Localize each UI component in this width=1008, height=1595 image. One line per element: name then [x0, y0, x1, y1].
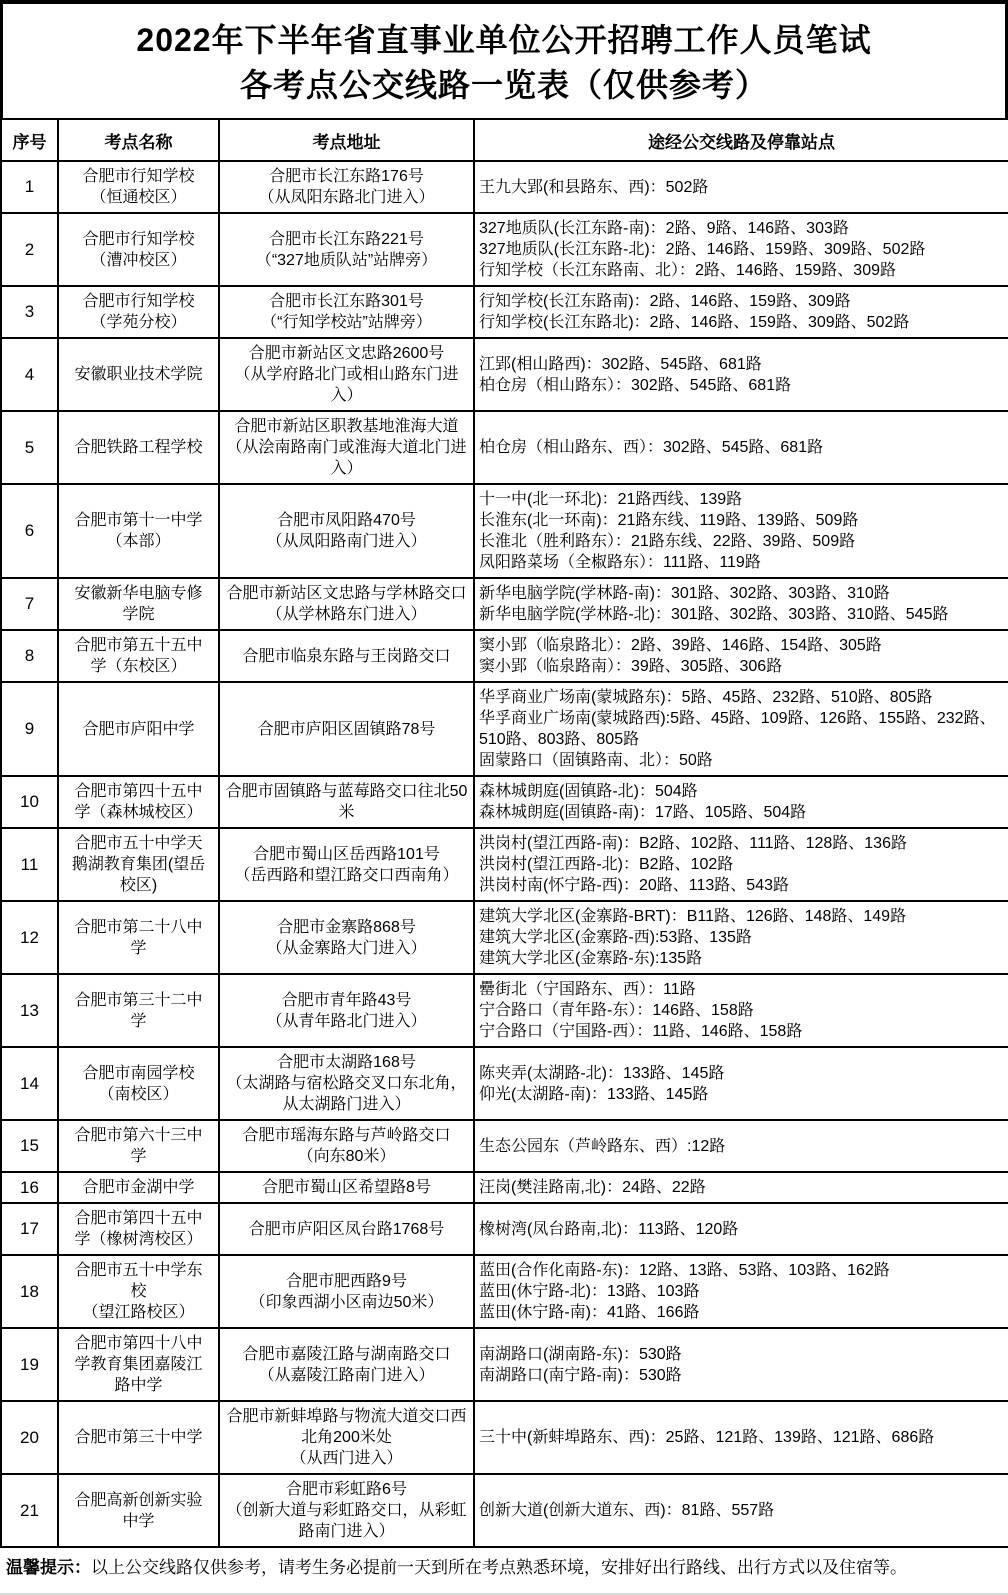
route-line: 罍街北（宁国路东、西）：11路 [479, 979, 1006, 1000]
table-row: 7安徽新华电脑专修 学院合肥市新站区文忠路与学林路交口 （从学林路东门进入）新华… [1, 578, 1008, 630]
table-row: 10合肥市第四十五中 学（森林城校区）合肥市固镇路与蓝莓路交口往北50 米森林城… [1, 776, 1008, 828]
table-row: 13合肥市第三十二中 学合肥市青年路43号 （从青年路北门进入）罍街北（宁国路东… [1, 974, 1008, 1047]
footer-note: 温馨提示：以上公交线路仅供参考，请考生务必提前一天到所在考点熟悉环境，安排好出行… [0, 1548, 1008, 1585]
site-address-cell: 合肥市蜀山区岳西路101号 （岳西路和望江路交口西南角） [219, 828, 474, 901]
bus-routes-cell: 新华电脑学院(学林路-南)：301路、302路、303路、310路新华电脑学院(… [474, 578, 1008, 630]
route-line: 蓝田(合作化南路-东)：12路、13路、53路、103路、162路 [479, 1260, 1006, 1281]
bus-routes-cell: 江郢(相山路西)：302路、545路、681路柏仓房（相山路东）：302路、54… [474, 338, 1008, 411]
bus-routes-cell: 洪岗村(望江西路-南)：B2路、102路、111路、128路、136路洪岗村(望… [474, 828, 1008, 901]
site-address-cell: 合肥市庐阳区凤台路1768号 [219, 1203, 474, 1255]
route-line: 凤阳路菜场（全椒路东）：111路、119路 [479, 552, 1006, 573]
row-number-cell: 5 [1, 411, 58, 484]
route-line: 蓝田(休宁路-北)：13路、103路 [479, 1281, 1006, 1302]
site-address-cell: 合肥市肥西路9号 （印象西湖小区南边50米） [219, 1255, 474, 1328]
site-name-cell: 合肥市第四十五中 学（橡树湾校区） [58, 1203, 219, 1255]
table-row: 18合肥市五十中学东 校 （望江路校区）合肥市肥西路9号 （印象西湖小区南边50… [1, 1255, 1008, 1328]
bus-routes-cell: 南湖路口(湖南路-东)：530路南湖路口(南宁路-南)：530路 [474, 1328, 1008, 1401]
row-number-cell: 4 [1, 338, 58, 411]
table-row: 19合肥市第四十八中 学教育集团嘉陵江 路中学合肥市嘉陵江路与湖南路交口 （从嘉… [1, 1328, 1008, 1401]
bus-routes-cell: 三十中(新蚌埠路东、西)：25路、121路、139路、121路、686路 [474, 1401, 1008, 1474]
col-header-bus-routes: 途经公交线路及停靠站点 [474, 119, 1008, 161]
table-row: 5合肥铁路工程学校合肥市新站区职教基地淮海大道 （从浍南路南门或淮海大道北门进 … [1, 411, 1008, 484]
row-number-cell: 10 [1, 776, 58, 828]
footer-note-text: 以上公交线路仅供参考，请考生务必提前一天到所在考点熟悉环境，安排好出行路线、出行… [91, 1558, 907, 1577]
table-header: 序号 考点名称 考点地址 途经公交线路及停靠站点 [1, 119, 1008, 161]
route-line: 华孚商业广场南(蒙城路东)：5路、45路、232路、510路、805路 [479, 687, 1006, 708]
site-address-cell: 合肥市太湖路168号 （太湖路与宿松路交叉口东北角， 从太湖路门进入） [219, 1047, 474, 1120]
row-number-cell: 3 [1, 286, 58, 338]
route-line: 南湖路口(湖南路-东)：530路 [479, 1344, 1006, 1365]
route-line: 三十中(新蚌埠路东、西)：25路、121路、139路、121路、686路 [479, 1427, 1006, 1448]
site-address-cell: 合肥市长江东路221号 （“327地质队站”站牌旁） [219, 213, 474, 286]
notice-sheet: 2022年下半年省直事业单位公开招聘工作人员笔试 各考点公交线路一览表（仅供参考… [0, 0, 1008, 1595]
site-address-cell: 合肥市新站区文忠路2600号 （从学府路北门或相山路东门进 入） [219, 338, 474, 411]
table-row: 14合肥市南园学校 （南校区）合肥市太湖路168号 （太湖路与宿松路交叉口东北角… [1, 1047, 1008, 1120]
route-line: 华孚商业广场南(蒙城路西):5路、45路、109路、126路、155路、232路… [479, 708, 1006, 750]
bus-routes-cell: 窦小郢（临泉路北）：2路、39路、146路、154路、305路窦小郢（临泉路南）… [474, 630, 1008, 682]
bus-routes-cell: 生态公园东（芦岭路东、西）:12路 [474, 1120, 1008, 1172]
site-address-cell: 合肥市青年路43号 （从青年路北门进入） [219, 974, 474, 1047]
route-line: 宁合路口（青年路-东）：146路、158路 [479, 1000, 1006, 1021]
table-row: 3合肥市行知学校 （学苑分校）合肥市长江东路301号 （“行知学校站”站牌旁）行… [1, 286, 1008, 338]
site-address-cell: 合肥市彩虹路6号 （创新大道与彩虹路交口，从彩虹 路南门进入） [219, 1474, 474, 1547]
row-number-cell: 20 [1, 1401, 58, 1474]
bus-routes-cell: 十一中(北一环北)：21路西线、139路长淮东(北一环南)：21路东线、119路… [474, 484, 1008, 578]
col-header-site-address: 考点地址 [219, 119, 474, 161]
row-number-cell: 9 [1, 682, 58, 776]
row-number-cell: 11 [1, 828, 58, 901]
route-line: 南湖路口(南宁路-南)：530路 [479, 1365, 1006, 1386]
route-line: 洪岗村南(怀宁路-西)：20路、113路、543路 [479, 875, 1006, 896]
site-address-cell: 合肥市庐阳区固镇路78号 [219, 682, 474, 776]
bus-routes-cell: 陈夹弄(太湖路-北)：133路、145路仰光(太湖路-南)：133路、145路 [474, 1047, 1008, 1120]
row-number-cell: 15 [1, 1120, 58, 1172]
row-number-cell: 1 [1, 161, 58, 213]
bus-routes-cell: 罍街北（宁国路东、西）：11路宁合路口（青年路-东）：146路、158路宁合路口… [474, 974, 1008, 1047]
route-line: 行知学校(长江东路北)：2路、146路、159路、309路、502路 [479, 312, 1006, 333]
row-number-cell: 6 [1, 484, 58, 578]
route-line: 建筑大学北区(金寨路-西):53路、135路 [479, 927, 1006, 948]
bus-routes-cell: 蓝田(合作化南路-东)：12路、13路、53路、103路、162路蓝田(休宁路-… [474, 1255, 1008, 1328]
bus-routes-cell: 建筑大学北区(金寨路-BRT)：B11路、126路、148路、149路建筑大学北… [474, 901, 1008, 974]
route-line: 森林城朗庭(固镇路-南)：17路、105路、504路 [479, 802, 1006, 823]
row-number-cell: 18 [1, 1255, 58, 1328]
site-name-cell: 合肥市行知学校 （学苑分校） [58, 286, 219, 338]
table-row: 20合肥市第三十中学合肥市新蚌埠路与物流大道交口西 北角200米处 （从西门进入… [1, 1401, 1008, 1474]
route-line: 窦小郢（临泉路北）：2路、39路、146路、154路、305路 [479, 635, 1006, 656]
route-line: 创新大道(创新大道东、西)：81路、557路 [479, 1500, 1006, 1521]
route-line: 327地质队(长江东路-北)：2路、146路、159路、309路、502路 [479, 239, 1006, 260]
table-row: 17合肥市第四十五中 学（橡树湾校区）合肥市庐阳区凤台路1768号橡树湾(凤台路… [1, 1203, 1008, 1255]
site-name-cell: 合肥市第十一中学 （本部） [58, 484, 219, 578]
bus-routes-cell: 柏仓房（相山路东、西）：302路、545路、681路 [474, 411, 1008, 484]
table-row: 6合肥市第十一中学 （本部）合肥市凤阳路470号 （从凤阳路南门进入）十一中(北… [1, 484, 1008, 578]
row-number-cell: 8 [1, 630, 58, 682]
row-number-cell: 12 [1, 901, 58, 974]
site-address-cell: 合肥市嘉陵江路与湖南路交口 （从嘉陵江路南门进入） [219, 1328, 474, 1401]
table-row: 16合肥市金湖中学合肥市蜀山区希望路8号汪岗(樊洼路南,北)：24路、22路 [1, 1172, 1008, 1203]
route-line: 汪岗(樊洼路南,北)：24路、22路 [479, 1177, 1006, 1198]
route-line: 新华电脑学院(学林路-南)：301路、302路、303路、310路 [479, 583, 1006, 604]
site-address-cell: 合肥市长江东路301号 （“行知学校站”站牌旁） [219, 286, 474, 338]
route-line: 建筑大学北区(金寨路-东):135路 [479, 948, 1006, 969]
route-line: 洪岗村(望江西路-南)：B2路、102路、111路、128路、136路 [479, 833, 1006, 854]
bus-routes-table: 序号 考点名称 考点地址 途经公交线路及停靠站点 1合肥市行知学校 （恒通校区）… [0, 118, 1008, 1548]
bus-routes-cell: 森林城朗庭(固镇路-北)：504路森林城朗庭(固镇路-南)：17路、105路、5… [474, 776, 1008, 828]
page-title-line2: 各考点公交线路一览表（仅供参考） [3, 63, 1005, 108]
site-name-cell: 合肥市第二十八中 学 [58, 901, 219, 974]
bus-routes-cell: 华孚商业广场南(蒙城路东)：5路、45路、232路、510路、805路华孚商业广… [474, 682, 1008, 776]
route-line: 窦小郢（临泉路南）：39路、305路、306路 [479, 656, 1006, 677]
route-line: 宁合路口（宁国路-西）：11路、146路、158路 [479, 1021, 1006, 1042]
site-name-cell: 合肥市第三十中学 [58, 1401, 219, 1474]
table-row: 15合肥市第六十三中 学合肥市瑶海东路与芦岭路交口 （向东80米）生态公园东（芦… [1, 1120, 1008, 1172]
row-number-cell: 16 [1, 1172, 58, 1203]
row-number-cell: 7 [1, 578, 58, 630]
route-line: 蓝田(休宁路-南)：41路、166路 [479, 1302, 1006, 1323]
site-address-cell: 合肥市金寨路868号 （从金寨路大门进入） [219, 901, 474, 974]
table-row: 1合肥市行知学校 （恒通校区）合肥市长江东路176号 （从凤阳东路北门进入）王九… [1, 161, 1008, 213]
site-name-cell: 安徽职业技术学院 [58, 338, 219, 411]
table-row: 12合肥市第二十八中 学合肥市金寨路868号 （从金寨路大门进入）建筑大学北区(… [1, 901, 1008, 974]
bus-routes-cell: 行知学校(长江东路南)：2路、146路、159路、309路行知学校(长江东路北)… [474, 286, 1008, 338]
route-line: 长淮东(北一环南)：21路东线、119路、139路、509路 [479, 510, 1006, 531]
site-name-cell: 合肥市五十中学东 校 （望江路校区） [58, 1255, 219, 1328]
row-number-cell: 17 [1, 1203, 58, 1255]
table-row: 4安徽职业技术学院合肥市新站区文忠路2600号 （从学府路北门或相山路东门进 入… [1, 338, 1008, 411]
route-line: 陈夹弄(太湖路-北)：133路、145路 [479, 1063, 1006, 1084]
site-name-cell: 安徽新华电脑专修 学院 [58, 578, 219, 630]
table-row: 2合肥市行知学校 （漕冲校区）合肥市长江东路221号 （“327地质队站”站牌旁… [1, 213, 1008, 286]
route-line: 生态公园东（芦岭路东、西）:12路 [479, 1136, 1006, 1157]
header-row: 序号 考点名称 考点地址 途经公交线路及停靠站点 [1, 119, 1008, 161]
site-address-cell: 合肥市临泉东路与王岗路交口 [219, 630, 474, 682]
site-address-cell: 合肥市新蚌埠路与物流大道交口西 北角200米处 （从西门进入） [219, 1401, 474, 1474]
route-line: 森林城朗庭(固镇路-北)：504路 [479, 781, 1006, 802]
route-line: 327地质队(长江东路-南)：2路、9路、146路、303路 [479, 218, 1006, 239]
site-address-cell: 合肥市凤阳路470号 （从凤阳路南门进入） [219, 484, 474, 578]
route-line: 江郢(相山路西)：302路、545路、681路 [479, 354, 1006, 375]
route-line: 长淮北（胜利路东）：21路东线、22路、39路、509路 [479, 531, 1006, 552]
page-title-line1: 2022年下半年省直事业单位公开招聘工作人员笔试 [3, 18, 1005, 63]
site-name-cell: 合肥市第三十二中 学 [58, 974, 219, 1047]
site-name-cell: 合肥市第五十五中 学（东校区） [58, 630, 219, 682]
row-number-cell: 14 [1, 1047, 58, 1120]
table-body: 1合肥市行知学校 （恒通校区）合肥市长江东路176号 （从凤阳东路北门进入）王九… [1, 161, 1008, 1547]
row-number-cell: 13 [1, 974, 58, 1047]
route-line: 行知学校(长江东路南)：2路、146路、159路、309路 [479, 291, 1006, 312]
table-row: 9合肥市庐阳中学合肥市庐阳区固镇路78号华孚商业广场南(蒙城路东)：5路、45路… [1, 682, 1008, 776]
route-line: 建筑大学北区(金寨路-BRT)：B11路、126路、148路、149路 [479, 906, 1006, 927]
route-line: 柏仓房（相山路东）：302路、545路、681路 [479, 375, 1006, 396]
row-number-cell: 2 [1, 213, 58, 286]
route-line: 洪岗村(望江西路-北)：B2路、102路 [479, 854, 1006, 875]
bus-routes-cell: 王九大郢(和县路东、西)：502路 [474, 161, 1008, 213]
site-name-cell: 合肥市南园学校 （南校区） [58, 1047, 219, 1120]
route-line: 王九大郢(和县路东、西)：502路 [479, 177, 1006, 198]
bus-routes-cell: 创新大道(创新大道东、西)：81路、557路 [474, 1474, 1008, 1547]
route-line: 柏仓房（相山路东、西）：302路、545路、681路 [479, 437, 1006, 458]
bus-routes-cell: 汪岗(樊洼路南,北)：24路、22路 [474, 1172, 1008, 1203]
bus-routes-cell: 橡树湾(凤台路南,北)：113路、120路 [474, 1203, 1008, 1255]
site-name-cell: 合肥市金湖中学 [58, 1172, 219, 1203]
footer-note-label: 温馨提示： [6, 1558, 91, 1577]
site-address-cell: 合肥市新站区文忠路与学林路交口 （从学林路东门进入） [219, 578, 474, 630]
site-address-cell: 合肥市固镇路与蓝莓路交口往北50 米 [219, 776, 474, 828]
route-line: 仰光(太湖路-南)：133路、145路 [479, 1084, 1006, 1105]
route-line: 固蒙路口（固镇路南、北）：50路 [479, 750, 1006, 771]
table-row: 11合肥市五十中学天 鹅湖教育集团(望岳 校区)合肥市蜀山区岳西路101号 （岳… [1, 828, 1008, 901]
site-name-cell: 合肥市第四十八中 学教育集团嘉陵江 路中学 [58, 1328, 219, 1401]
col-header-index: 序号 [1, 119, 58, 161]
site-address-cell: 合肥市瑶海东路与芦岭路交口 （向东80米） [219, 1120, 474, 1172]
col-header-site-name: 考点名称 [58, 119, 219, 161]
row-number-cell: 19 [1, 1328, 58, 1401]
row-number-cell: 21 [1, 1474, 58, 1547]
page-title: 2022年下半年省直事业单位公开招聘工作人员笔试 各考点公交线路一览表（仅供参考… [0, 0, 1008, 118]
site-name-cell: 合肥铁路工程学校 [58, 411, 219, 484]
site-name-cell: 合肥市行知学校 （漕冲校区） [58, 213, 219, 286]
route-line: 新华电脑学院(学林路-北)：301路、302路、303路、310路、545路 [479, 604, 1006, 625]
site-name-cell: 合肥市行知学校 （恒通校区） [58, 161, 219, 213]
site-name-cell: 合肥市第六十三中 学 [58, 1120, 219, 1172]
site-name-cell: 合肥市第四十五中 学（森林城校区） [58, 776, 219, 828]
route-line: 行知学校（长江东路南、北）：2路、146路、159路、309路 [479, 260, 1006, 281]
site-name-cell: 合肥高新创新实验 中学 [58, 1474, 219, 1547]
site-address-cell: 合肥市蜀山区希望路8号 [219, 1172, 474, 1203]
site-name-cell: 合肥市庐阳中学 [58, 682, 219, 776]
site-address-cell: 合肥市长江东路176号 （从凤阳东路北门进入） [219, 161, 474, 213]
bus-routes-cell: 327地质队(长江东路-南)：2路、9路、146路、303路327地质队(长江东… [474, 213, 1008, 286]
site-address-cell: 合肥市新站区职教基地淮海大道 （从浍南路南门或淮海大道北门进 入） [219, 411, 474, 484]
table-row: 8合肥市第五十五中 学（东校区）合肥市临泉东路与王岗路交口窦小郢（临泉路北）：2… [1, 630, 1008, 682]
table-row: 21合肥高新创新实验 中学合肥市彩虹路6号 （创新大道与彩虹路交口，从彩虹 路南… [1, 1474, 1008, 1547]
site-name-cell: 合肥市五十中学天 鹅湖教育集团(望岳 校区) [58, 828, 219, 901]
route-line: 橡树湾(凤台路南,北)：113路、120路 [479, 1219, 1006, 1240]
route-line: 十一中(北一环北)：21路西线、139路 [479, 489, 1006, 510]
